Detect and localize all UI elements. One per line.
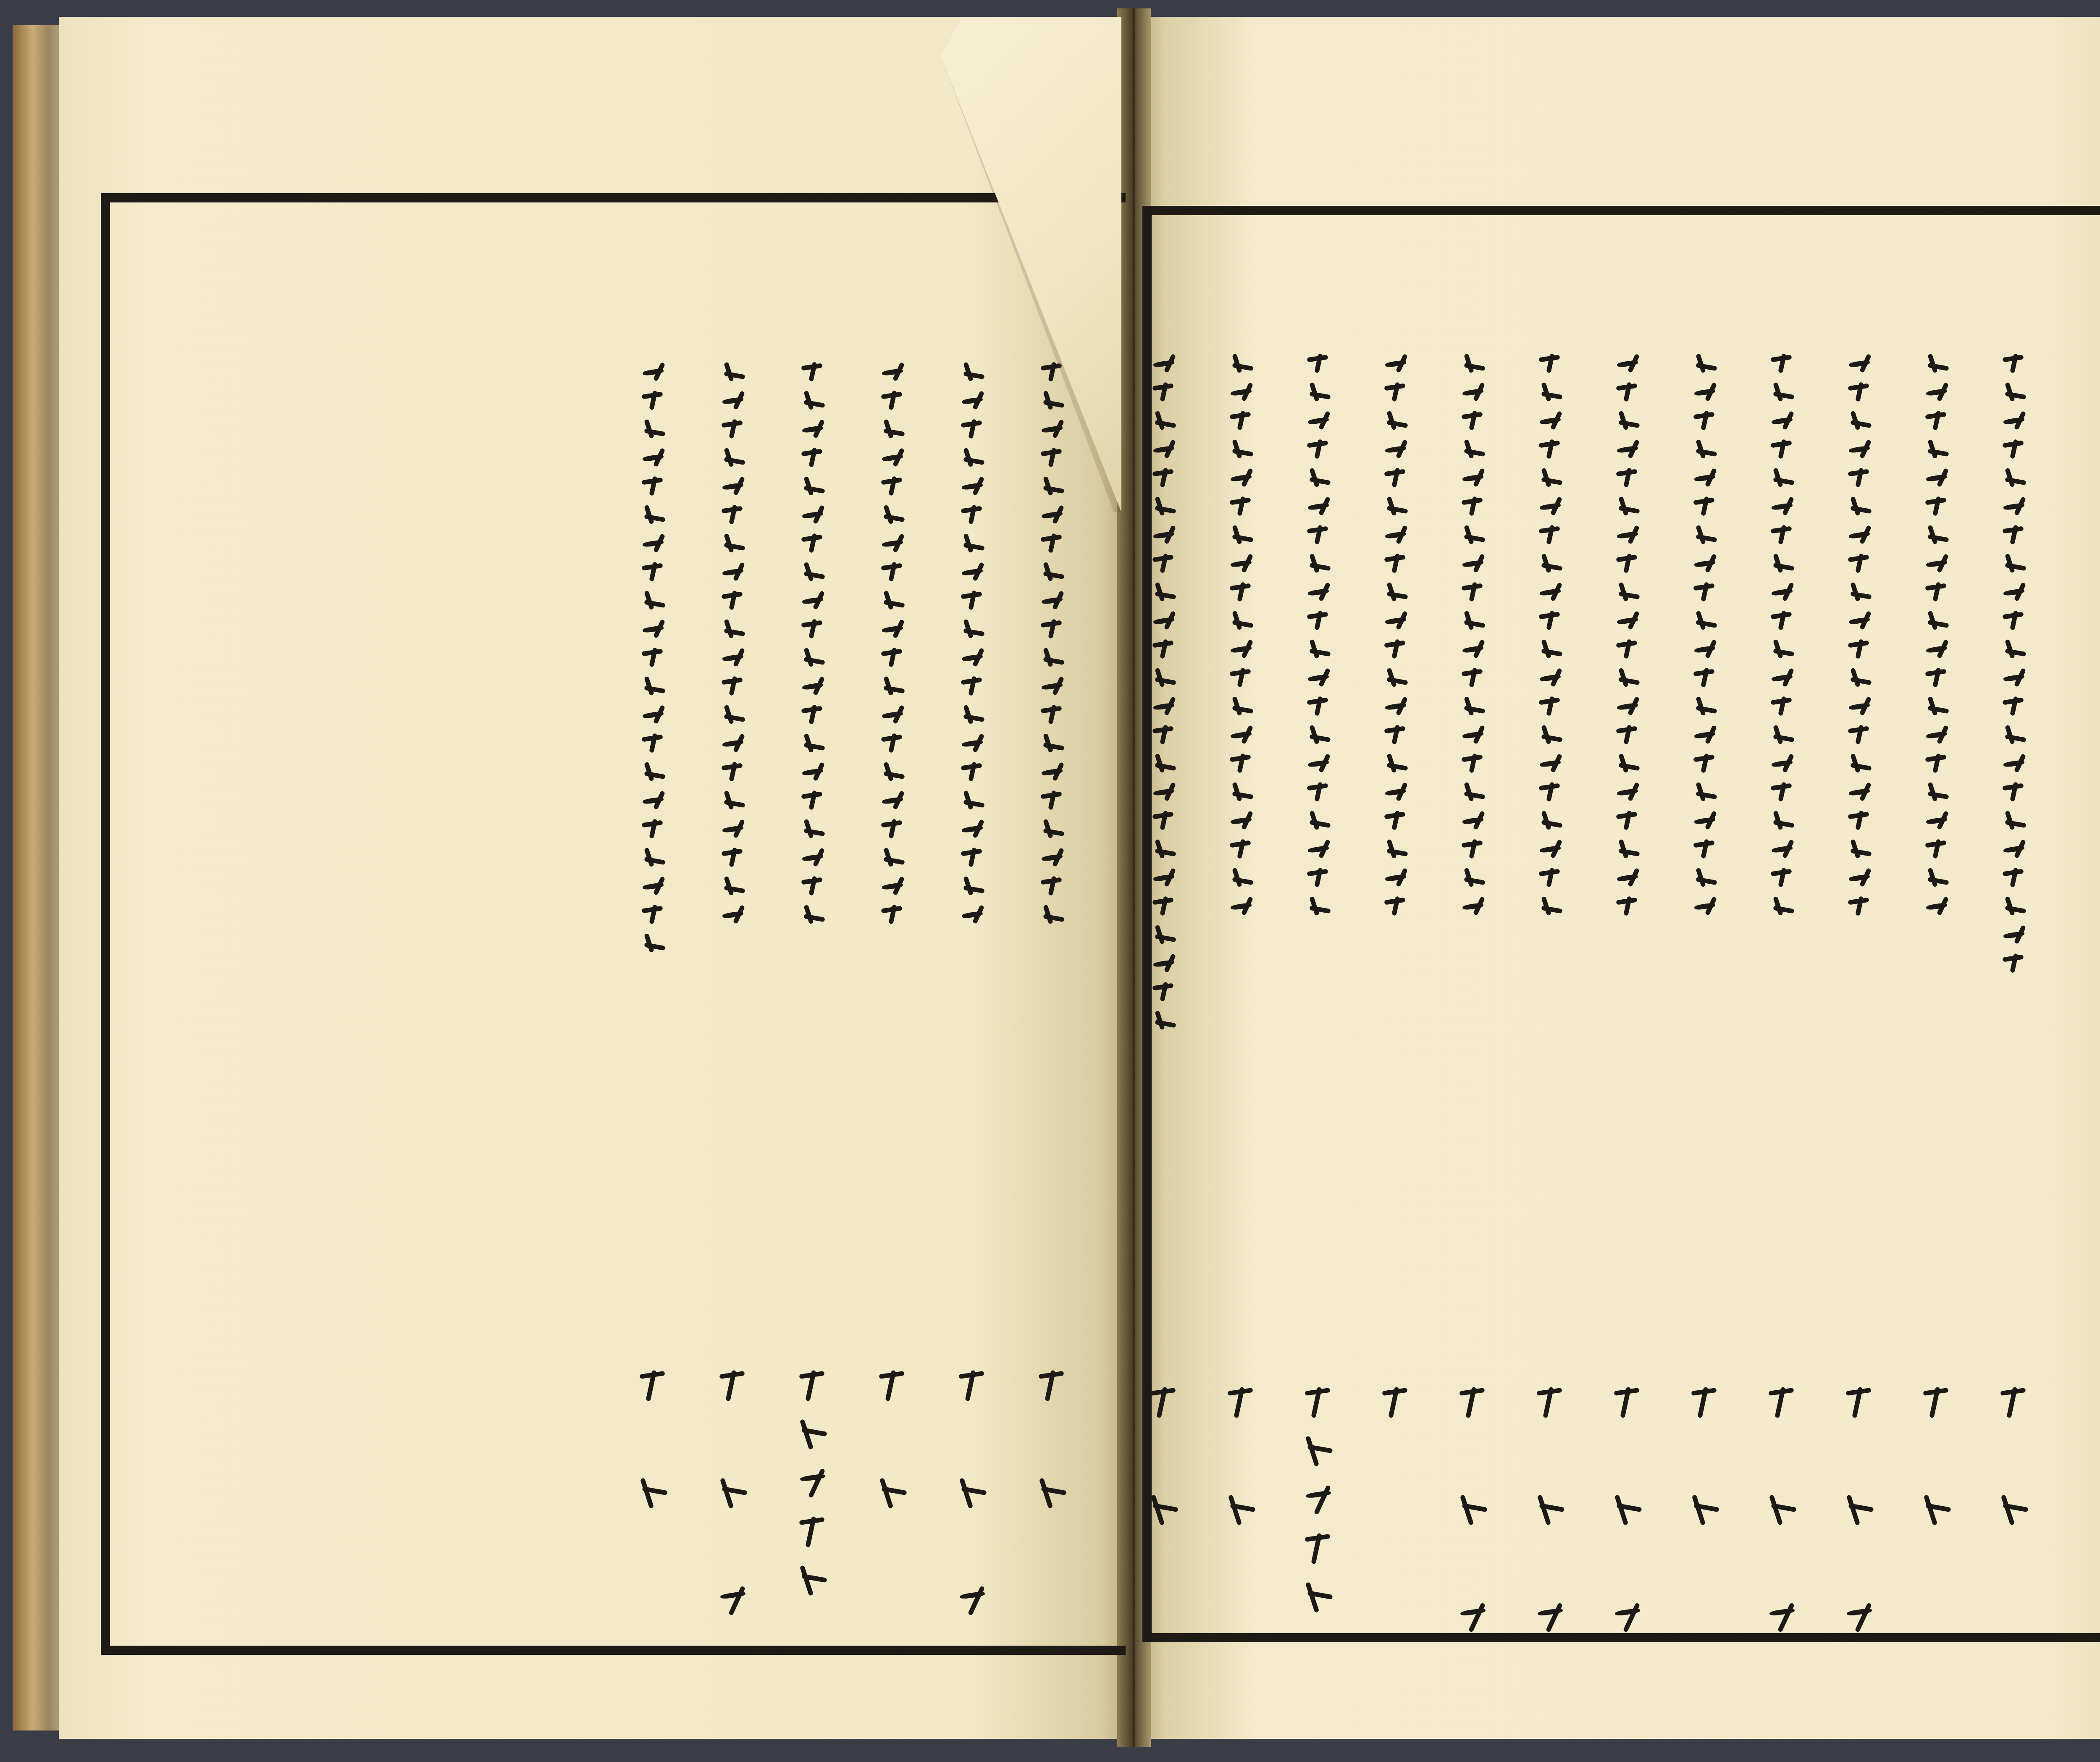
cursive-glyph (718, 446, 748, 468)
author-glyph (1456, 1493, 1490, 1526)
cursive-glyph (1845, 552, 1874, 574)
author-name (716, 1365, 750, 1620)
poem-column (958, 357, 987, 928)
poem-column (1922, 349, 1951, 920)
cursive-glyph (1613, 895, 1642, 916)
poem-column (718, 357, 748, 928)
cursive-glyph (1226, 523, 1256, 545)
open-book (13, 8, 2100, 1747)
cursive-glyph (1458, 495, 1488, 517)
cursive-glyph (1999, 809, 2029, 831)
cursive-glyph (1999, 952, 2029, 974)
cursive-glyph (1536, 895, 1565, 916)
author-glyph (796, 1563, 829, 1597)
cursive-glyph (1999, 780, 2029, 802)
cursive-glyph (1613, 723, 1642, 745)
cursive-glyph (718, 846, 748, 868)
cursive-glyph (1149, 523, 1179, 545)
cursive-glyph (1613, 838, 1642, 859)
author-glyph (1147, 1493, 1181, 1526)
cursive-glyph (1845, 523, 1874, 545)
cursive-glyph (1037, 703, 1067, 725)
cursive-glyph (1613, 752, 1642, 774)
cursive-glyph (1999, 552, 2029, 574)
cursive-glyph (1458, 695, 1488, 717)
cursive-glyph (1845, 381, 1874, 402)
cursive-glyph (1536, 552, 1565, 574)
cursive-glyph (878, 760, 907, 782)
author-name (1920, 1382, 1953, 1530)
author-glyph (1688, 1385, 1722, 1419)
cursive-glyph (1458, 866, 1488, 888)
author-glyph (1302, 1434, 1335, 1468)
cursive-glyph (1767, 666, 1797, 688)
cursive-glyph (878, 617, 907, 639)
cursive-glyph (1037, 589, 1067, 611)
cursive-glyph (718, 789, 748, 811)
cursive-glyph (1845, 352, 1874, 374)
cursive-glyph (1149, 695, 1179, 717)
author-glyph (1035, 1368, 1069, 1402)
cursive-glyph (878, 874, 907, 896)
author-glyph (1302, 1483, 1335, 1516)
cursive-glyph (1613, 381, 1642, 402)
cursive-glyph (1381, 609, 1410, 631)
cursive-glyph (1226, 609, 1256, 631)
cursive-glyph (1226, 438, 1256, 460)
cursive-glyph (1304, 352, 1333, 374)
cursive-glyph (1999, 580, 2029, 602)
author-glyph (716, 1476, 750, 1510)
cursive-glyph (1999, 438, 2029, 460)
cursive-glyph (1613, 580, 1642, 602)
cursive-glyph (1037, 646, 1067, 668)
cursive-glyph (1767, 523, 1797, 545)
cursive-glyph (958, 589, 987, 611)
cursive-glyph (1226, 666, 1256, 688)
cursive-glyph (1999, 838, 2029, 859)
author-glyph (1611, 1493, 1644, 1526)
cursive-glyph (878, 560, 907, 582)
cursive-glyph (798, 617, 827, 639)
cursive-glyph (1381, 466, 1410, 488)
cursive-glyph (1381, 381, 1410, 402)
cursive-glyph (798, 817, 827, 839)
cursive-glyph (1149, 666, 1179, 688)
poem-column (1226, 349, 1256, 920)
cursive-glyph (1922, 780, 1951, 802)
cursive-glyph (1304, 381, 1333, 402)
author-glyph (1035, 1476, 1069, 1510)
cursive-glyph (1536, 352, 1565, 374)
cursive-glyph (1922, 352, 1951, 374)
cursive-glyph (1458, 752, 1488, 774)
cursive-glyph (638, 589, 668, 611)
cursive-glyph (1037, 389, 1067, 411)
cursive-glyph (1845, 866, 1874, 888)
cursive-glyph (1767, 552, 1797, 574)
cursive-glyph (878, 418, 907, 439)
cursive-glyph (1458, 580, 1488, 602)
cursive-glyph (638, 617, 668, 639)
author-glyph (1765, 1493, 1799, 1526)
author-name (1533, 1382, 1567, 1637)
cursive-glyph (1536, 438, 1565, 460)
transcription-status: Cursive text not transcribed; characters… (0, 0, 0, 0)
cursive-glyph (718, 475, 748, 496)
cursive-glyph (958, 617, 987, 639)
cursive-glyph (1922, 838, 1951, 859)
author-glyph (876, 1476, 909, 1510)
cursive-glyph (1304, 466, 1333, 488)
cursive-glyph (1381, 523, 1410, 545)
cursive-glyph (958, 360, 987, 382)
cursive-glyph (1922, 752, 1951, 774)
cursive-glyph (638, 703, 668, 725)
cursive-glyph (878, 703, 907, 725)
cursive-glyph (1922, 552, 1951, 574)
cursive-glyph (1458, 809, 1488, 831)
cursive-glyph (1613, 809, 1642, 831)
cursive-glyph (1381, 780, 1410, 802)
cursive-glyph (1922, 638, 1951, 659)
poem-column (1690, 349, 1719, 920)
cursive-glyph (718, 360, 748, 382)
cursive-glyph (1536, 809, 1565, 831)
cursive-glyph (1767, 638, 1797, 659)
cursive-glyph (1304, 695, 1333, 717)
cursive-glyph (1149, 352, 1179, 374)
cursive-glyph (1381, 409, 1410, 431)
cursive-glyph (1613, 352, 1642, 374)
cursive-glyph (1226, 495, 1256, 517)
poem-column (1381, 349, 1410, 920)
author-glyph (636, 1368, 670, 1402)
cursive-glyph (1767, 352, 1797, 374)
cursive-glyph (1226, 752, 1256, 774)
cursive-glyph (638, 418, 668, 439)
cursive-glyph (1458, 381, 1488, 402)
cursive-glyph (718, 817, 748, 839)
cursive-glyph (1149, 838, 1179, 859)
cursive-glyph (1690, 752, 1719, 774)
cursive-glyph (718, 760, 748, 782)
cursive-glyph (1767, 409, 1797, 431)
cursive-glyph (638, 760, 668, 782)
cursive-glyph (958, 475, 987, 496)
author-glyph (796, 1368, 829, 1402)
poem-column (1037, 357, 1067, 928)
cursive-glyph (1226, 895, 1256, 916)
cursive-glyph (1037, 874, 1067, 896)
author-name (1997, 1382, 2031, 1530)
cursive-glyph (1226, 409, 1256, 431)
cursive-glyph (1536, 638, 1565, 659)
cursive-glyph (798, 903, 827, 925)
cursive-glyph (1613, 695, 1642, 717)
author-glyph (955, 1368, 989, 1402)
cursive-glyph (1613, 866, 1642, 888)
cursive-glyph (798, 389, 827, 411)
cursive-glyph (1536, 695, 1565, 717)
cursive-glyph (1613, 466, 1642, 488)
cursive-glyph (1845, 780, 1874, 802)
cursive-glyph (1037, 846, 1067, 868)
cursive-glyph (1037, 532, 1067, 554)
cursive-glyph (958, 846, 987, 868)
author-glyph (1997, 1493, 2031, 1526)
cursive-glyph (1149, 409, 1179, 431)
cursive-glyph (1381, 838, 1410, 859)
cursive-glyph (1304, 580, 1333, 602)
cursive-glyph (1149, 780, 1179, 802)
cursive-glyph (1149, 752, 1179, 774)
cursive-glyph (878, 446, 907, 468)
cursive-glyph (1999, 666, 2029, 688)
author-name (1147, 1382, 1181, 1530)
cursive-glyph (1536, 866, 1565, 888)
poem-column (1613, 349, 1642, 920)
cursive-glyph (1845, 638, 1874, 659)
cursive-glyph (1922, 495, 1951, 517)
cursive-glyph (638, 846, 668, 868)
cursive-glyph (1037, 817, 1067, 839)
cursive-glyph (1458, 409, 1488, 431)
cursive-glyph (1304, 523, 1333, 545)
cursive-glyph (1536, 523, 1565, 545)
cursive-glyph (798, 675, 827, 696)
cursive-glyph (1226, 809, 1256, 831)
author-glyph (1611, 1385, 1644, 1419)
author-glyph (716, 1368, 750, 1402)
cursive-glyph (1304, 552, 1333, 574)
cursive-glyph (1767, 838, 1797, 859)
poem-column (1767, 349, 1797, 920)
cursive-glyph (1458, 438, 1488, 460)
cursive-glyph (1226, 381, 1256, 402)
cursive-glyph (1999, 895, 2029, 916)
cursive-glyph (1690, 895, 1719, 916)
author-glyph (1765, 1600, 1799, 1634)
cursive-glyph (1536, 381, 1565, 402)
poem-column (878, 357, 907, 928)
cursive-glyph (1304, 666, 1333, 688)
cursive-glyph (1690, 409, 1719, 431)
cursive-glyph (798, 532, 827, 554)
author-glyph (1224, 1385, 1258, 1419)
cursive-glyph (1845, 895, 1874, 916)
cursive-glyph (1999, 695, 2029, 717)
cursive-glyph (1381, 552, 1410, 574)
cursive-glyph (1149, 466, 1179, 488)
cursive-glyph (1767, 780, 1797, 802)
author-glyph (716, 1583, 750, 1617)
cursive-glyph (1845, 666, 1874, 688)
author-glyph (796, 1466, 829, 1499)
cursive-glyph (1767, 438, 1797, 460)
cursive-glyph (1922, 723, 1951, 745)
cursive-glyph (1226, 466, 1256, 488)
cursive-glyph (1690, 809, 1719, 831)
cursive-glyph (958, 760, 987, 782)
cursive-glyph (1690, 352, 1719, 374)
cursive-glyph (1845, 695, 1874, 717)
cursive-glyph (1149, 495, 1179, 517)
cursive-glyph (718, 874, 748, 896)
cursive-glyph (958, 732, 987, 754)
cursive-glyph (1536, 838, 1565, 859)
cursive-glyph (1149, 866, 1179, 888)
cursive-glyph (1999, 609, 2029, 631)
author-glyph (1843, 1385, 1876, 1419)
script-type: kuzushiji (cursive Japanese) (0, 0, 0, 0)
cursive-glyph (1690, 666, 1719, 688)
cursive-glyph (1037, 903, 1067, 925)
cursive-glyph (1381, 352, 1410, 374)
author-glyph (1147, 1385, 1181, 1419)
cursive-glyph (1922, 381, 1951, 402)
cursive-glyph (1536, 666, 1565, 688)
cursive-glyph (958, 389, 987, 411)
cursive-glyph (1037, 760, 1067, 782)
cursive-glyph (1304, 780, 1333, 802)
cursive-glyph (1999, 923, 2029, 945)
cursive-glyph (798, 589, 827, 611)
cursive-glyph (958, 503, 987, 525)
cursive-glyph (1845, 466, 1874, 488)
cursive-glyph (958, 789, 987, 811)
poem-column (798, 357, 827, 928)
cursive-glyph (638, 503, 668, 525)
author-glyph (1379, 1385, 1412, 1419)
author-glyph (636, 1476, 670, 1510)
author-glyph (1302, 1385, 1335, 1419)
cursive-glyph (638, 446, 668, 468)
cursive-glyph (638, 874, 668, 896)
cursive-glyph (638, 675, 668, 696)
cursive-glyph (798, 789, 827, 811)
cursive-glyph (638, 903, 668, 925)
cursive-glyph (1845, 838, 1874, 859)
cursive-glyph (1458, 780, 1488, 802)
cursive-glyph (1690, 638, 1719, 659)
cursive-glyph (1458, 666, 1488, 688)
cursive-glyph (1304, 895, 1333, 916)
cursive-glyph (1226, 580, 1256, 602)
cursive-glyph (1037, 675, 1067, 696)
cursive-glyph (1381, 752, 1410, 774)
cursive-glyph (1922, 609, 1951, 631)
cursive-glyph (1845, 723, 1874, 745)
author-glyph (1456, 1600, 1490, 1634)
author-glyph (1843, 1493, 1876, 1526)
cursive-glyph (1381, 495, 1410, 517)
author-name (1843, 1382, 1876, 1637)
cursive-glyph (1536, 409, 1565, 431)
cursive-glyph (958, 903, 987, 925)
cursive-glyph (1922, 895, 1951, 916)
cursive-glyph (1690, 780, 1719, 802)
cursive-glyph (1037, 560, 1067, 582)
cursive-glyph (1690, 695, 1719, 717)
cursive-glyph (878, 789, 907, 811)
author-name (796, 1365, 829, 1600)
poem-column (1999, 349, 2029, 977)
cursive-glyph (878, 389, 907, 411)
author-glyph (955, 1583, 989, 1617)
author-name (1302, 1382, 1335, 1617)
cursive-glyph (1458, 895, 1488, 916)
cursive-glyph (1149, 723, 1179, 745)
cursive-glyph (1999, 866, 2029, 888)
cursive-glyph (1149, 1009, 1179, 1031)
cursive-glyph (798, 846, 827, 868)
cursive-glyph (1149, 952, 1179, 974)
cursive-glyph (878, 846, 907, 868)
cursive-glyph (1458, 523, 1488, 545)
cursive-glyph (1226, 780, 1256, 802)
cursive-glyph (638, 817, 668, 839)
author-name (636, 1365, 670, 1513)
cursive-glyph (1690, 866, 1719, 888)
cursive-glyph (1149, 895, 1179, 916)
cursive-glyph (1458, 352, 1488, 374)
author-glyph (1611, 1600, 1644, 1634)
cursive-glyph (1304, 866, 1333, 888)
cursive-glyph (878, 817, 907, 839)
cursive-glyph (1845, 609, 1874, 631)
author-name (955, 1365, 989, 1620)
cursive-glyph (798, 646, 827, 668)
cursive-glyph (878, 532, 907, 554)
cursive-glyph (718, 589, 748, 611)
cursive-glyph (1613, 523, 1642, 545)
cursive-glyph (718, 560, 748, 582)
author-glyph (955, 1476, 989, 1510)
cursive-glyph (1613, 638, 1642, 659)
cursive-glyph (1304, 838, 1333, 859)
cursive-glyph (1458, 466, 1488, 488)
cursive-glyph (638, 732, 668, 754)
author-name (1035, 1365, 1069, 1513)
cursive-glyph (1690, 580, 1719, 602)
cursive-glyph (1922, 666, 1951, 688)
cursive-glyph (1381, 866, 1410, 888)
cursive-glyph (1845, 809, 1874, 831)
cursive-glyph (798, 446, 827, 468)
cursive-glyph (878, 589, 907, 611)
author-name (1688, 1382, 1722, 1530)
cursive-glyph (1149, 552, 1179, 574)
author-glyph (1533, 1600, 1567, 1634)
cursive-glyph (878, 675, 907, 696)
cursive-glyph (1767, 895, 1797, 916)
author-glyph (1765, 1385, 1799, 1419)
cursive-glyph (1922, 409, 1951, 431)
poem-column (1845, 349, 1874, 920)
cursive-glyph (1690, 609, 1719, 631)
author-glyph (1224, 1493, 1258, 1526)
cursive-glyph (1381, 666, 1410, 688)
cursive-glyph (1037, 732, 1067, 754)
cursive-glyph (1304, 495, 1333, 517)
author-glyph (1533, 1385, 1567, 1419)
cursive-glyph (1690, 381, 1719, 402)
cursive-glyph (798, 560, 827, 582)
cursive-glyph (1226, 352, 1256, 374)
cursive-glyph (1690, 523, 1719, 545)
cursive-glyph (1767, 580, 1797, 602)
